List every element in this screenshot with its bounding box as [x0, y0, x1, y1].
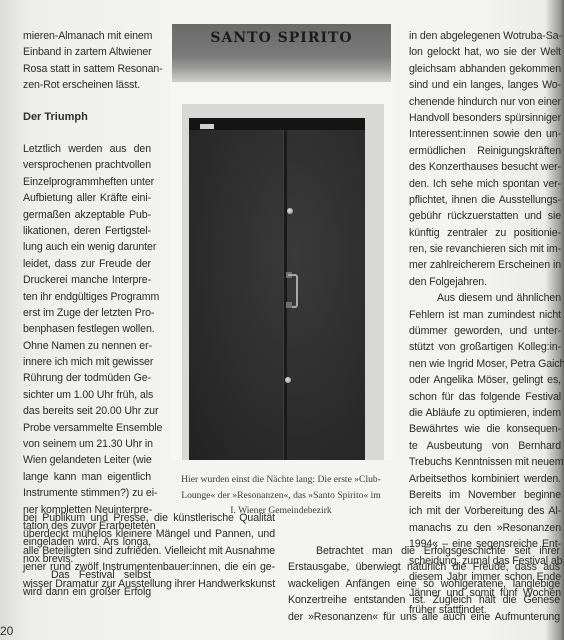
text-line: sichter um 1.00 Uhr früh, als — [23, 387, 151, 403]
text-line: Einzelprogrammheften unter — [23, 174, 151, 190]
door-shadow — [189, 118, 365, 130]
text-line: Fehlern ist man zumindest nicht — [409, 307, 561, 323]
text-line: von seinem um 21.30 Uhr in — [23, 436, 151, 452]
text-line: jener rund zwölf Instrumentenbauer:innen… — [23, 559, 275, 575]
sign-text: SANTO SPIRITO — [172, 30, 391, 46]
text-line: der »Resonanzen« für uns alle auch eine … — [288, 609, 560, 625]
left-wide-block: bei Publikum und Presse, die künstlerisc… — [23, 510, 275, 592]
text-line: mer zahlreicherem Erscheinen in — [409, 257, 561, 273]
text-line: überdeckt mühelos kleinere Mängel und Pa… — [23, 526, 275, 542]
right-column: in den abgelegenen Wotruba-Sa- lon geloc… — [409, 28, 561, 618]
text-line: germaßen akzeptable Pub- — [23, 207, 151, 223]
text-line: in den abgelegenen Wotruba-Sa- — [409, 28, 561, 44]
text-line: innere ich mich mit gewisser — [23, 354, 151, 370]
text-line: Druckerei manche Interpre- — [23, 272, 151, 288]
text-line: schon für das folgende Festival — [409, 389, 561, 405]
door-plate — [200, 124, 214, 129]
door-knob-icon — [285, 377, 291, 383]
text-line: versprochenen prachtvollen — [23, 157, 151, 173]
left-column-top: mieren-Almanach mit einem Einband in zar… — [23, 28, 151, 94]
text-line: Bereits im November beginne — [409, 487, 561, 503]
text-line: Bewährtes wie die konsequen- — [409, 421, 561, 437]
text-line: erst im Zuge der letzten Pro- — [23, 305, 151, 321]
caption-line: Lounge« der »Resonanzen«, das »Santo Spi… — [166, 488, 396, 504]
text-line: die Abläufe zu optimieren, indem — [409, 405, 561, 421]
text-line: mieren-Almanach mit einem — [23, 28, 151, 44]
text-line: Aufbietung aller Kräfte eini- — [23, 190, 151, 206]
text-line: nen wie Ingrid Moser, Petra Gaich — [409, 356, 561, 372]
text-line: Trebuchs Kenntnissen mit neuem — [409, 454, 561, 470]
text-line: manachs zu den »Resonanzen — [409, 520, 561, 536]
photo-santo-spirito-door: SANTO SPIRITO — [170, 24, 393, 460]
text-line: Ohne Namen zu nennen er- — [23, 338, 151, 354]
text-line: Erstausgabe, überwiegt natürlich die Fre… — [288, 559, 560, 575]
handle-base — [286, 302, 292, 308]
bottom-paragraph: Betrachtet man die Erfolgsgeschichte sei… — [288, 543, 560, 625]
text-line: lange kann man eigentlich — [23, 469, 151, 485]
text-line: pflichtet, ihnen die Ausstellungs- — [409, 192, 561, 208]
text-line: Betrachtet man die Erfolgsgeschichte sei… — [288, 543, 560, 559]
door — [189, 118, 365, 460]
text-line: stützt von großartigen Kolleg:in- — [409, 339, 561, 355]
text-line: Konzertreihe entstanden ist. Zugleich hä… — [288, 592, 560, 608]
text-line: Handvoll besonders spürsinniger — [409, 110, 561, 126]
text-line: lon gelockt hat, wo sie der Welt — [409, 44, 561, 60]
text-line: Probe versammelte Ensemble — [23, 420, 151, 436]
text-line: Letztlich werden aus den — [23, 141, 151, 157]
text-line: wackeligen Anfängen eine so wohlgeratene… — [288, 576, 560, 592]
text-line: Einband in zartem Altwiener — [23, 44, 151, 60]
text-line: den. Ich sehe mich spontan ver- — [409, 176, 561, 192]
text-line: künftig zentraler zu positionie- — [409, 225, 561, 241]
text-line: Interessent:innen sowie den un- — [409, 126, 561, 142]
section-heading: Der Triumph — [23, 111, 88, 123]
text-line: ermüdlichen Reinigungskräften — [409, 143, 561, 159]
door-knob-icon — [287, 208, 293, 214]
text-line: den Folgejahren. — [409, 274, 561, 290]
text-line: Rührung der todmüden Ge- — [23, 370, 151, 386]
text-line: gleichsam abhanden gekommen — [409, 61, 561, 77]
text-line: gebühr rückzuerstatten und sie — [409, 208, 561, 224]
text-line: Instrumente stimmen?) zu ei- — [23, 485, 151, 501]
text-line: wisser Dramatur zur Ausstellung ihrer Ha… — [23, 576, 275, 592]
text-line: Arbeitsethos kombiniert werden. — [409, 471, 561, 487]
caption-line: Hier wurden einst die Nächte lang: Die e… — [166, 472, 396, 488]
text-line: bei Publikum und Presse, die künstlerisc… — [23, 510, 275, 526]
text-line: likationen, deren Fertigstel- — [23, 223, 151, 239]
text-line: lung auch ein wenig darunter — [23, 239, 151, 255]
sign: SANTO SPIRITO — [172, 24, 391, 82]
text-line: alle Beteiligten sind zufrieden. Viellei… — [23, 543, 275, 559]
text-line: leidet, dass zur Freude der — [23, 256, 151, 272]
text-line: oder Angelika Möser, gelingt es, — [409, 372, 561, 388]
text-line: ich mit der Vorbereitung des Al- — [409, 503, 561, 519]
text-line: das bereits seit 20.00 Uhr zur — [23, 403, 151, 419]
text-line: ten ihr endgültiges Programm — [23, 289, 151, 305]
text-line: sind und ein langes, langes Wo- — [409, 77, 561, 93]
door-seam — [283, 130, 287, 460]
text-line: ren, sie revanchieren sich mit im- — [409, 241, 561, 257]
text-line: dümmer geworden, und unter- — [409, 323, 561, 339]
page-number: 20 — [0, 624, 13, 638]
text-line: zen-Rot erscheinen lässt. — [23, 77, 151, 93]
text-line: Wien gelandeten Leiter (wie — [23, 452, 151, 468]
text-line: Rosa statt in sattem Resonan- — [23, 61, 151, 77]
text-line: des Konzerthauses besucht wer- — [409, 159, 561, 175]
text-line: te Ausbeutung von Bernhard — [409, 438, 561, 454]
text-line: benphasen festlegen wollen. — [23, 321, 151, 337]
text-line: chenende hindurch nur von einer — [409, 94, 561, 110]
text-line: Aus diesem und ähnlichen — [409, 290, 561, 306]
